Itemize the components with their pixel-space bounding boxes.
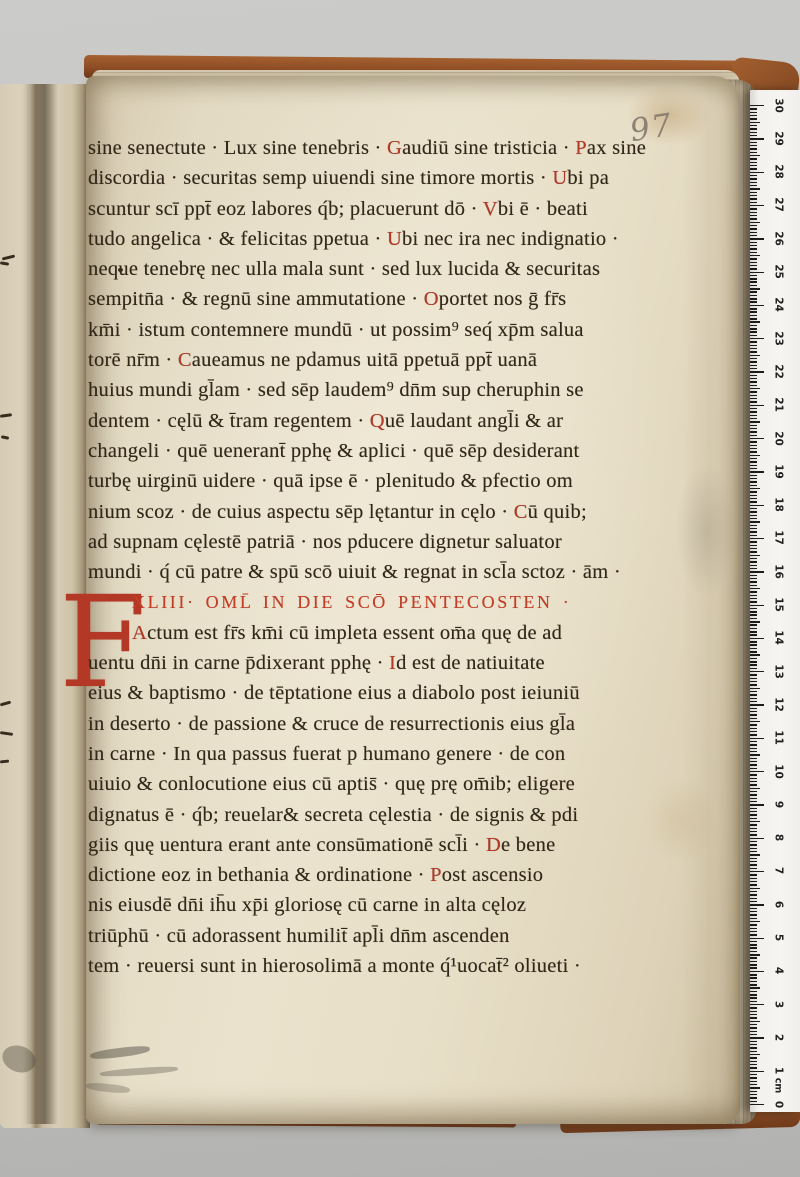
ink-text: neque tenebrę nec ulla mala sunt · sed l… (88, 258, 600, 280)
rubricated-text: C (178, 349, 192, 371)
ruler-tick (750, 431, 757, 432)
ruler-number-label: 16 (772, 563, 785, 579)
ruler-tick (750, 538, 764, 539)
ruler-tick (750, 1011, 757, 1012)
ruler-tick (750, 691, 757, 692)
text-line: scuntur scī ppt̄ eoz labores q́b; placue… (88, 194, 718, 224)
ruler-tick (750, 378, 757, 379)
ruler-tick (750, 661, 757, 662)
ruler-tick (750, 458, 757, 459)
ruler-tick (750, 1061, 757, 1062)
ink-text: giis quę uentura erant ante consūmationē… (88, 834, 486, 856)
ruler-tick (750, 591, 757, 592)
ruler-tick (750, 195, 757, 196)
ruler-tick (750, 781, 757, 782)
ruler-tick (750, 358, 757, 359)
ruler-tick (750, 804, 764, 805)
ruler-tick (750, 565, 757, 566)
ruler-tick (750, 305, 764, 306)
ruler-number-label: 10 (772, 763, 785, 779)
ruler-tick (750, 1034, 757, 1035)
ruler-tick (750, 152, 757, 153)
ruler-number-label: 28 (772, 164, 785, 180)
ruler-tick (750, 631, 757, 632)
ruler-number-label: 21 (772, 397, 785, 413)
ruler-tick (750, 714, 757, 715)
ruler-number-label: 14 (772, 630, 785, 646)
ruler-tick (750, 351, 757, 352)
ruler-tick (750, 355, 760, 356)
ruler-tick (750, 614, 757, 615)
ruler-tick (750, 328, 757, 329)
text-line: discordia · securitas semp uiuendi sine … (88, 163, 718, 193)
ink-text: km̄i · istum contemnere mundū · ut possi… (88, 319, 584, 341)
ink-text: audiū sine tristicia · (402, 137, 575, 159)
ruler-tick (750, 575, 757, 576)
ruler-tick (750, 485, 757, 486)
ruler-tick (750, 954, 760, 955)
text-block: sine senectute · Lux sine tenebris · Gau… (88, 133, 718, 981)
text-line: dictione eoz in bethania & ordinatione ·… (88, 860, 718, 890)
ruler-tick (750, 301, 757, 302)
ruler-tick (750, 548, 757, 549)
ruler-tick (750, 1024, 757, 1025)
ruler-tick (750, 541, 757, 542)
ruler-tick (750, 128, 757, 129)
ink-text: ax sine (587, 137, 646, 159)
ruler-tick (750, 391, 757, 392)
ruler-tick (750, 854, 760, 855)
manuscript-photo: 97 F sine senectute · Lux sine tenebris … (0, 0, 800, 1177)
ruler-tick (750, 365, 757, 366)
ruler-tick (750, 155, 760, 156)
ruler-number-label: 8 (772, 830, 785, 846)
ruler-tick (750, 924, 757, 925)
rubricated-text: U (552, 167, 567, 189)
ruler-tick (750, 834, 757, 835)
ruler-tick (750, 658, 757, 659)
ruler-tick (750, 198, 757, 199)
ruler-tick (750, 981, 757, 982)
ruler-number-label: 20 (772, 430, 785, 446)
ink-text: discordia · securitas semp uiuendi sine … (88, 167, 552, 189)
ink-text: torē nr̄m · (88, 349, 178, 371)
ruler-tick (750, 938, 764, 939)
ruler-tick (750, 811, 757, 812)
ruler-tick (750, 921, 760, 922)
ruler-tick (750, 291, 757, 292)
ink-text: in deserto · de passione & cruce de resu… (88, 713, 575, 735)
ruler-tick (750, 944, 757, 945)
ruler-tick (750, 964, 757, 965)
ruler-tick (750, 418, 757, 419)
ink-text: bi pa (567, 167, 609, 189)
ruler-tick (750, 388, 760, 389)
ruler-tick (750, 165, 757, 166)
ink-text: eius & baptismo · de tēptatione eius a d… (88, 682, 580, 704)
ruler-tick (750, 728, 757, 729)
ink-text: changeli · quē uenerant̄ pphę & aplici ·… (88, 440, 580, 462)
ruler-tick (750, 1047, 757, 1048)
ruler-tick (750, 175, 757, 176)
ruler-number-label: 6 (772, 896, 785, 912)
ruler-tick (750, 601, 757, 602)
ink-text: sempitn̄a · & regnū sine ammutatione · (88, 288, 424, 310)
ruler-tick (750, 588, 760, 589)
ruler-tick (750, 668, 757, 669)
ruler-tick (750, 268, 757, 269)
text-line: ad supnam cęlestē patriā · nos pducere d… (88, 527, 718, 557)
ruler-tick (750, 838, 764, 839)
ink-text: bi nec ira nec indignatio · (402, 228, 619, 250)
ink-offset-smudge (100, 1065, 178, 1077)
ruler-tick (750, 1091, 757, 1092)
rubricated-text: A (132, 622, 147, 644)
ruler-tick (750, 801, 757, 802)
ruler-tick (750, 734, 757, 735)
ruler-tick (750, 864, 757, 865)
ruler-tick (750, 641, 757, 642)
ruler-tick (750, 262, 757, 263)
ruler-tick (750, 338, 764, 339)
ruler-tick (750, 132, 757, 133)
ruler-tick (750, 105, 764, 106)
ruler-tick (750, 448, 757, 449)
ruler-tick (750, 688, 760, 689)
ruler-tick (750, 561, 757, 562)
ruler-tick (750, 731, 757, 732)
ruler-tick (750, 918, 757, 919)
ruler-number-label: 18 (772, 497, 785, 513)
ruler-tick (750, 395, 757, 396)
ink-text: mundi · q́ cū patre & spū scō uiuit & re… (88, 561, 621, 583)
ink-text: uiuio & conlocutione eius cū aptis̄ · qu… (88, 773, 575, 795)
ruler-tick (750, 1044, 757, 1045)
ruler-tick (750, 624, 757, 625)
facing-page-text-fragment (0, 731, 13, 736)
ruler-tick (750, 768, 757, 769)
rubricated-text: U (387, 228, 402, 250)
text-line: in carne · In qua passus fuerat p humano… (88, 739, 718, 769)
ruler-tick (750, 844, 757, 845)
ruler-tick (750, 821, 760, 822)
ruler-number-label: 5 (772, 930, 785, 946)
ruler-tick (750, 1097, 757, 1098)
ruler-tick (750, 311, 757, 312)
ruler-tick (750, 1067, 757, 1068)
ruler-tick (750, 478, 757, 479)
ruler-tick (750, 957, 757, 958)
ruler-tick (750, 118, 757, 119)
ruler-tick (750, 774, 757, 775)
ruler-number-label: 24 (772, 297, 785, 313)
ruler-tick (750, 931, 757, 932)
ink-text: dictione eoz in bethania & ordinatione · (88, 864, 430, 886)
rubricated-text: V (483, 198, 498, 220)
ruler-tick (750, 888, 760, 889)
text-line: tem · reuersi sunt in hierosolimā a mont… (88, 951, 718, 981)
ink-text: aueamus ne pdamus uitā ppetuā ppt̄ uanā (192, 349, 537, 371)
ruler-tick (750, 228, 757, 229)
ruler-tick (750, 401, 757, 402)
facing-page-text-fragment (0, 413, 12, 418)
rubricated-text: P (430, 864, 442, 886)
ruler-tick (750, 994, 757, 995)
ruler-tick (750, 275, 757, 276)
ink-text: in carne · In qua passus fuerat p humano… (88, 743, 565, 765)
ruler-tick (750, 748, 757, 749)
ruler-tick (750, 308, 757, 309)
ruler-tick (750, 644, 757, 645)
ruler-tick (750, 1071, 764, 1072)
text-line: giis quę uentura erant ante consūmationē… (88, 830, 718, 860)
text-line: mundi · q́ cū patre & spū scō uiuit & re… (88, 557, 718, 587)
ruler-tick (750, 664, 757, 665)
ruler-tick (750, 778, 757, 779)
ruler-tick (750, 961, 757, 962)
ruler-number-label: 27 (772, 197, 785, 213)
text-line: dignatus ē · q́b; reuelar& secreta cęles… (88, 800, 718, 830)
ruler-tick (750, 168, 757, 169)
rubricated-text: G (387, 137, 402, 159)
ruler-tick (750, 678, 757, 679)
ruler-tick (750, 192, 757, 193)
ruler-tick (750, 894, 757, 895)
ink-text: sine senectute · Lux sine tenebris · (88, 137, 387, 159)
ruler-tick (750, 751, 757, 752)
ruler-tick (750, 248, 757, 249)
ruler-tick (750, 498, 757, 499)
ink-text: nium scoz · de cuius aspectu sēp lętantu… (88, 501, 514, 523)
ruler-tick (750, 977, 757, 978)
text-line: nis eiusdē dn̄i ih̄u xp̄i gloriosę cū ca… (88, 890, 718, 920)
ruler-tick (750, 125, 757, 126)
ruler-tick (750, 255, 760, 256)
text-line: km̄i · istum contemnere mundū · ut possi… (88, 315, 718, 345)
ink-offset-smudge (90, 1044, 151, 1060)
ruler-tick (750, 295, 757, 296)
ruler-tick (750, 858, 757, 859)
rubricated-text: Q (370, 410, 385, 432)
ruler-tick (750, 618, 757, 619)
ruler-tick (750, 202, 757, 203)
ruler-tick (750, 445, 757, 446)
ruler-tick (750, 515, 757, 516)
ruler-tick (750, 218, 757, 219)
ruler-tick (750, 1007, 757, 1008)
ink-text: ctum est fr̄s km̄i cū impleta essent om̄… (147, 622, 562, 644)
ruler-tick (750, 411, 757, 412)
text-line: Actum est fr̄s km̄i cū impleta essent om… (88, 618, 718, 648)
ruler-tick (750, 272, 764, 273)
ruler-tick (750, 285, 757, 286)
ink-text: turbę uirginū uidere · quā ipse ē · plen… (88, 470, 573, 492)
gutter-shadow (24, 84, 58, 1124)
ink-text: ū quib; (528, 501, 587, 523)
ruler-tick (750, 188, 760, 189)
ink-text: d est de natiuitate (396, 652, 545, 674)
text-line: tudo angelica · & felicitas ppetua · Ubi… (88, 224, 718, 254)
ruler-tick (750, 555, 760, 556)
ink-text: tudo angelica · & felicitas ppetua · (88, 228, 387, 250)
ruler-tick (750, 1074, 757, 1075)
ruler-tick (750, 808, 757, 809)
ruler-number-label: 1 (772, 1063, 785, 1079)
ruler-tick (750, 172, 764, 173)
ruler-tick (750, 495, 757, 496)
ruler-tick (750, 508, 757, 509)
ruler-tick (750, 215, 757, 216)
ruler-tick (750, 874, 757, 875)
text-line: turbę uirginū uidere · quā ipse ē · plen… (88, 466, 718, 496)
ruler-tick (750, 871, 764, 872)
ruler-tick (750, 252, 757, 253)
ruler-tick (750, 884, 757, 885)
ruler-tick (750, 348, 757, 349)
ruler-tick (750, 438, 764, 439)
ruler-tick (750, 794, 757, 795)
ruler-tick (750, 1021, 760, 1022)
ruler-tick (750, 212, 757, 213)
ruler-tick (750, 987, 760, 988)
ruler-tick (750, 741, 757, 742)
ruler-tick (750, 941, 757, 942)
ruler-tick (750, 238, 764, 239)
ruler-tick (750, 185, 757, 186)
ruler-tick (750, 375, 757, 376)
ruler-tick (750, 1054, 760, 1055)
ruler-tick (750, 651, 757, 652)
ruler-tick (750, 505, 764, 506)
ruler-tick (750, 335, 757, 336)
text-line: in deserto · de passione & cruce de resu… (88, 709, 718, 739)
ruler-tick (750, 671, 764, 672)
ruler-tick (750, 724, 757, 725)
ruler-tick (750, 974, 757, 975)
ruler-tick (750, 758, 757, 759)
ruler-tick (750, 984, 757, 985)
ruler-tick (750, 848, 757, 849)
ruler-tick (750, 331, 757, 332)
ruler-tick (750, 435, 757, 436)
rubricated-text: C (514, 501, 528, 523)
ruler-tick (750, 1001, 757, 1002)
ruler-number-label: 30 (772, 97, 785, 113)
ruler-tick (750, 421, 760, 422)
ruler-tick (750, 934, 757, 935)
ruler-tick (750, 881, 757, 882)
ruler-number-label: 2 (772, 1029, 785, 1045)
ruler-tick (750, 545, 757, 546)
ruler-tick (750, 108, 757, 109)
ruler-tick (750, 281, 757, 282)
ruler-tick (750, 408, 757, 409)
ruler-tick (750, 928, 757, 929)
ruler-tick (750, 1077, 757, 1078)
ruler-tick (750, 481, 757, 482)
ruler-tick (750, 764, 757, 765)
ruler-tick (750, 178, 757, 179)
ruler-number-label: 4 (772, 963, 785, 979)
text-line: torē nr̄m · Caueamus ne pdamus uitā ppet… (88, 345, 718, 375)
ruler-tick (750, 585, 757, 586)
ink-text: uentu dn̄i in carne p̄dixerant pphę · (88, 652, 389, 674)
ruler-tick (750, 744, 757, 745)
ruler-tick (750, 818, 757, 819)
ink-text: portet nos ḡ fr̄s (439, 288, 567, 310)
ruler-tick (750, 148, 757, 149)
ruler-tick (750, 142, 757, 143)
ruler-tick (750, 318, 757, 319)
ruler-tick (750, 208, 757, 209)
ruler-tick (750, 1014, 757, 1015)
ruler-tick (750, 321, 760, 322)
ruler-tick (750, 232, 757, 233)
rubric-line: XLIII· OML̄ IN DIE SCŌ PENTECOSTEN · (88, 587, 718, 617)
ruler-unit-label: cm (772, 1078, 785, 1094)
ruler-tick (750, 341, 757, 342)
ruler-tick (750, 325, 757, 326)
ruler-tick (750, 162, 757, 163)
ruler-tick (750, 841, 757, 842)
ruler-tick (750, 1037, 764, 1038)
ruler-tick (750, 441, 757, 442)
text-line: uiuio & conlocutione eius cū aptis̄ · qu… (88, 769, 718, 799)
ruler-tick (750, 298, 757, 299)
text-line: eius & baptismo · de tēptatione eius a d… (88, 678, 718, 708)
ruler-tick (750, 861, 757, 862)
ruler-tick (750, 1081, 757, 1082)
ruler-tick (750, 145, 757, 146)
ruler-tick (750, 368, 757, 369)
ruler-number-label: 17 (772, 530, 785, 546)
ruler-tick (750, 465, 757, 466)
facing-page-text-fragment (0, 261, 9, 266)
ruler-tick (750, 991, 757, 992)
ruler-tick (750, 828, 757, 829)
ruler-tick (750, 1087, 760, 1088)
ruler-tick (750, 791, 757, 792)
ruler-number-label: 25 (772, 264, 785, 280)
text-line: neque tenebrę nec ulla mala sunt · sed l… (88, 254, 718, 284)
ruler-number-label: 12 (772, 696, 785, 712)
ruler-tick (750, 551, 757, 552)
ruler-tick (750, 488, 760, 489)
ruler-tick (750, 704, 764, 705)
ruler-tick (750, 771, 764, 772)
ruler-tick (750, 1027, 757, 1028)
ruler-tick (750, 521, 760, 522)
ruler-tick (750, 491, 757, 492)
ruler-tick (750, 754, 760, 755)
ruler-number-label: 3 (772, 996, 785, 1012)
ruler-tick (750, 711, 757, 712)
ruler-number-label: 23 (772, 330, 785, 346)
ruler-tick (750, 205, 764, 206)
ruler-tick (750, 468, 757, 469)
ruler-tick (750, 718, 757, 719)
ruler-tick (750, 501, 757, 502)
ruler-tick (750, 518, 757, 519)
ruler-tick (750, 621, 760, 622)
ruler-tick (750, 997, 757, 998)
ruler-tick (750, 911, 757, 912)
ruler-tick (750, 1064, 757, 1065)
ruler-tick (750, 1101, 757, 1102)
ruler-tick (750, 235, 757, 236)
ruler-tick (750, 947, 757, 948)
ruler-tick (750, 475, 757, 476)
